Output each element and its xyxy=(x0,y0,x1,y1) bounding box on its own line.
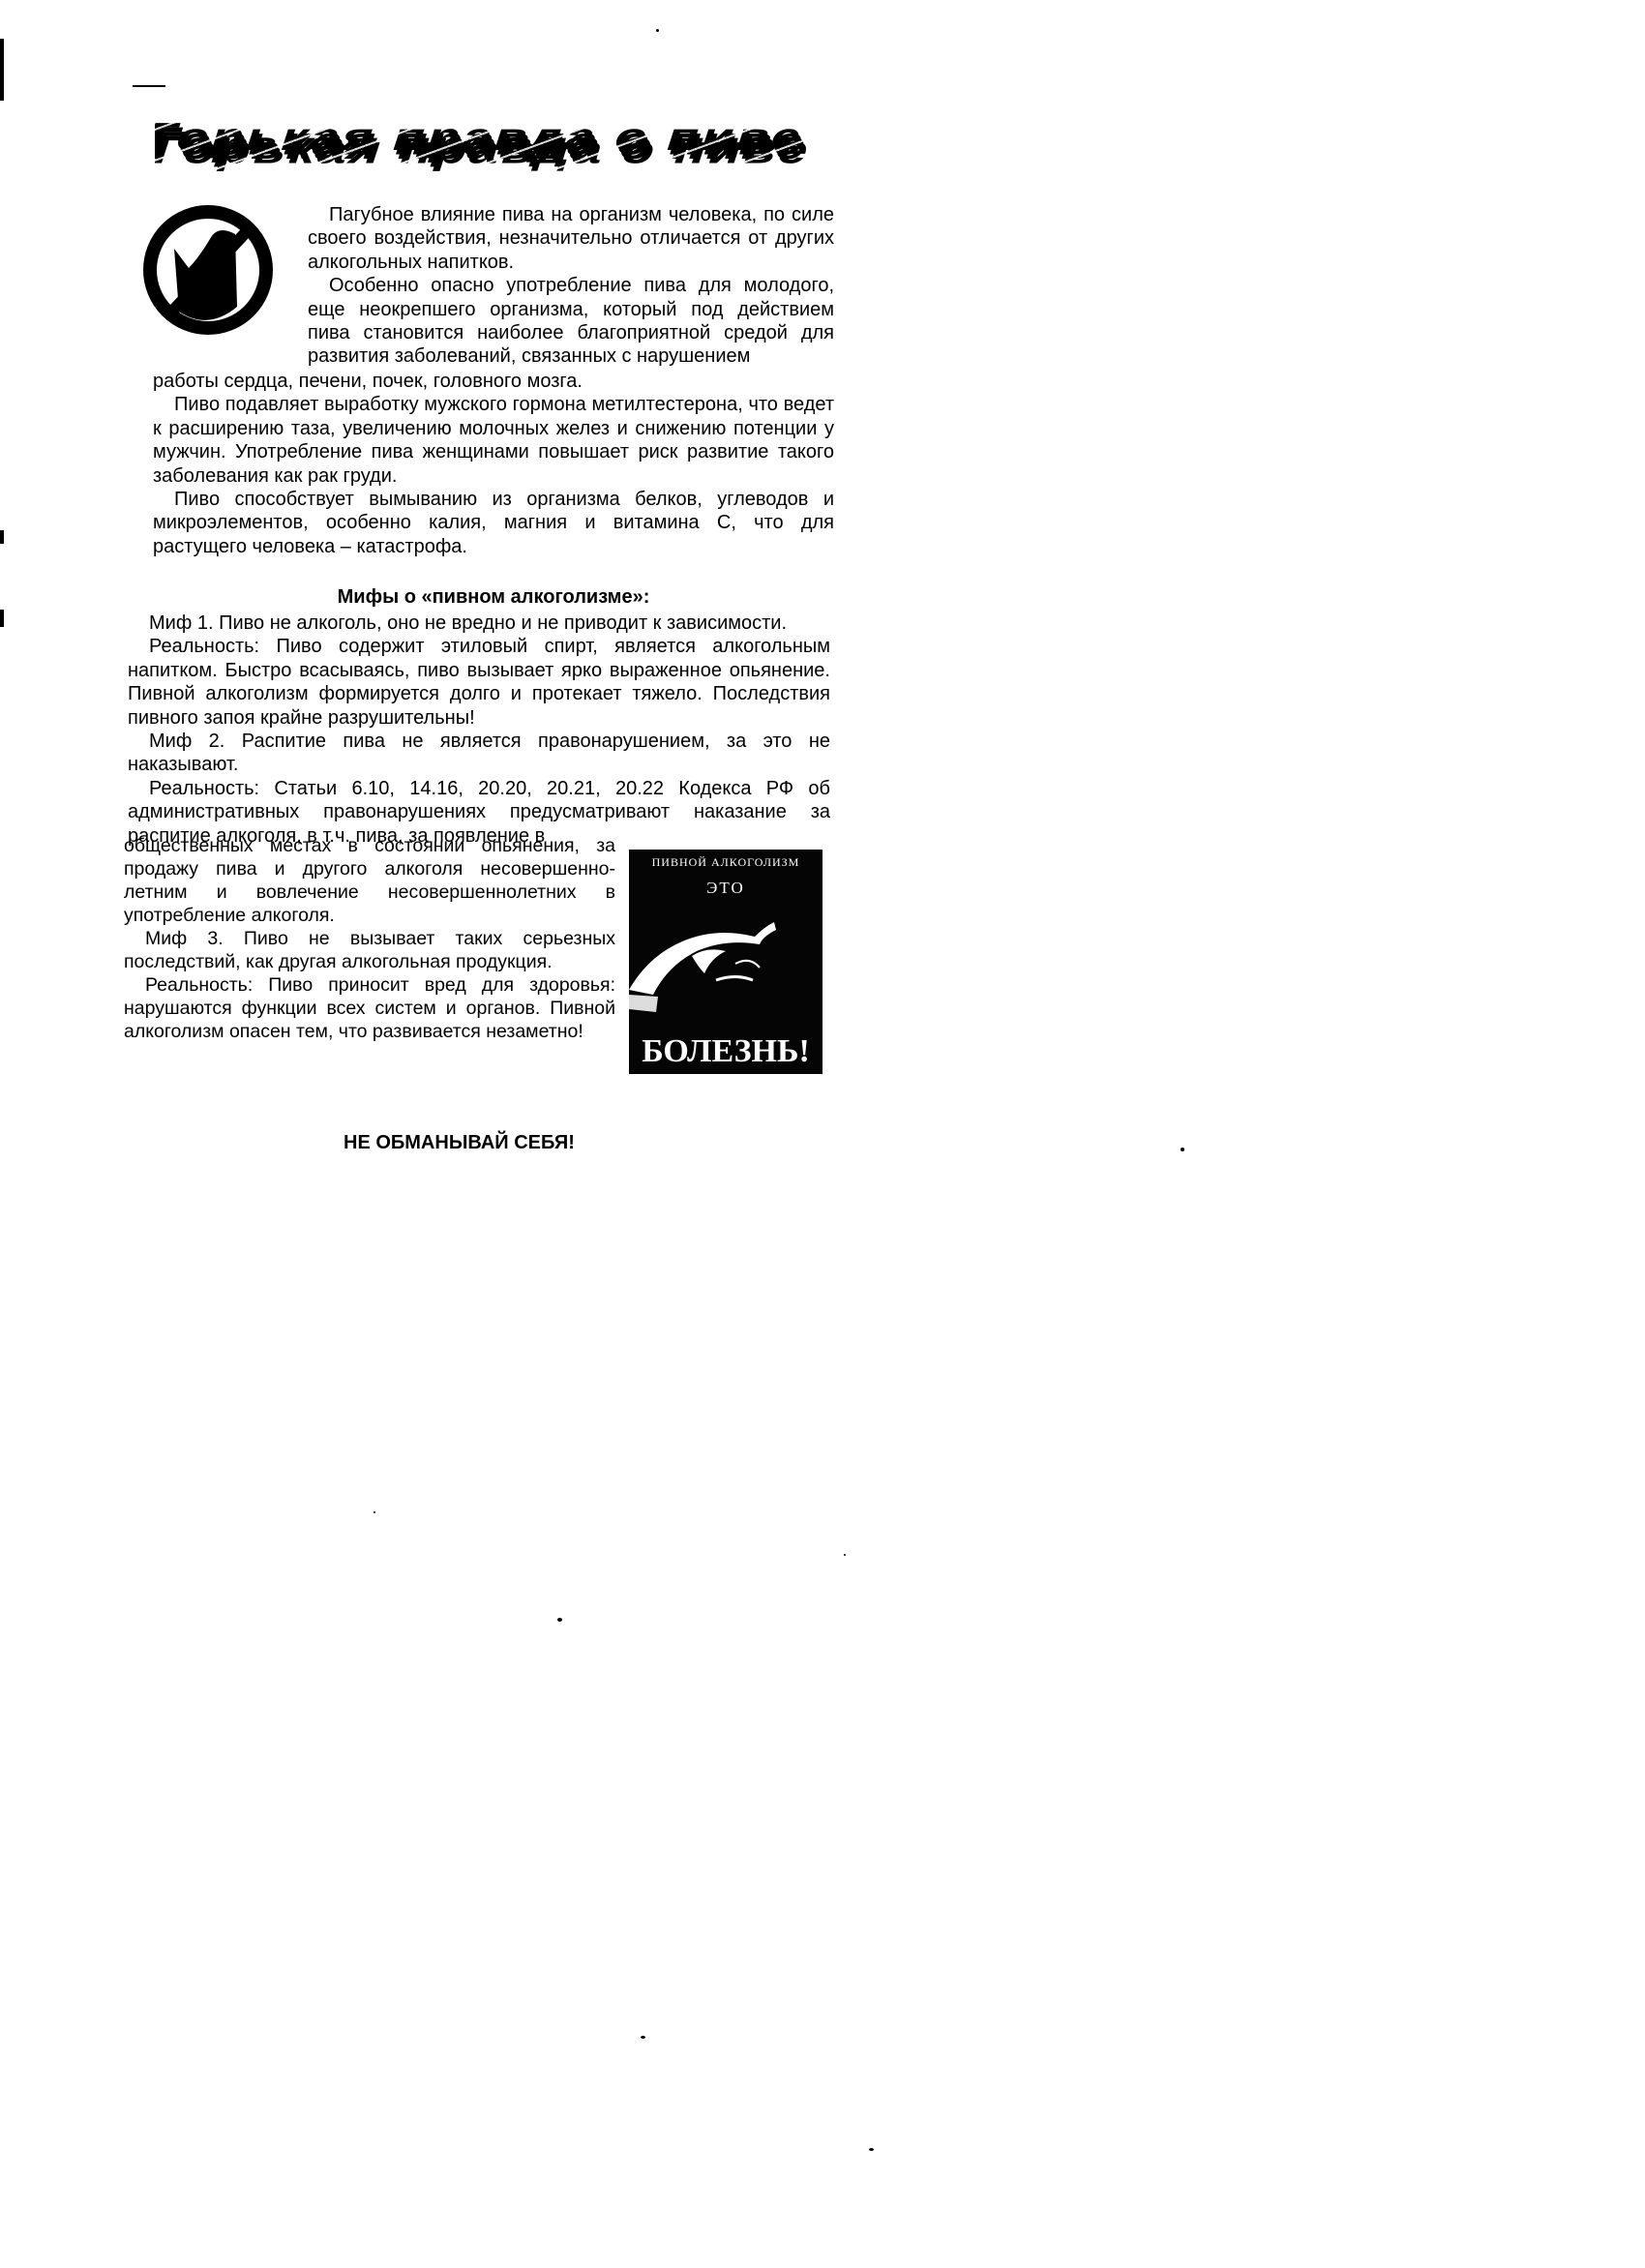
myths-text-block-narrow: общественных местах в состоянии опьянени… xyxy=(124,834,615,1043)
myths-heading: Мифы о «пивном алкоголизме»: xyxy=(155,586,832,609)
footer-slogan: НЕ ОБМАНЫВАЙ СЕБЯ! xyxy=(344,1132,575,1154)
scan-speck xyxy=(844,1554,846,1556)
scan-edge-mark xyxy=(0,530,4,544)
poster-figure-illustration xyxy=(629,898,822,1024)
intro-paragraph: Особенно опасно употребление пива для мо… xyxy=(308,274,834,369)
myth-statement: Миф 2. Распитие пива не является правона… xyxy=(128,730,830,777)
myth-reality-continued: общественных местах в состоянии опьянени… xyxy=(124,834,615,927)
myths-text-block: Миф 1. Пиво не алкоголь, оно не вредно и… xyxy=(128,612,830,848)
intro-paragraph: Пагубное влияние пива на организм челове… xyxy=(308,203,834,274)
intro-text-block: Пагубное влияние пива на организм челове… xyxy=(308,203,834,369)
scan-speck xyxy=(557,1618,562,1622)
banner-distortion xyxy=(155,114,847,194)
scan-edge-mark xyxy=(0,74,4,101)
banner-heading: Горькая правда о пиве xyxy=(155,114,847,194)
scan-edge-mark xyxy=(0,39,4,74)
poster-bottom-line: БОЛЕЗНЬ! xyxy=(629,1033,822,1070)
myth-reality: Реальность: Пиво приносит вред для здоро… xyxy=(124,973,615,1043)
intro-text-block-full: работы сердца, печени, почек, головного … xyxy=(153,370,834,558)
poster-middle-line: ЭТО xyxy=(629,879,822,898)
scan-speck xyxy=(1181,1148,1184,1151)
scan-speck xyxy=(641,2036,645,2039)
myth-statement: Миф 1. Пиво не алкоголь, оно не вредно и… xyxy=(128,612,830,635)
intro-paragraph: Пиво способствует вымыванию из организма… xyxy=(153,488,834,558)
intro-paragraph: Пиво подавляет выработку мужского гормон… xyxy=(153,393,834,488)
myth-statement: Миф 3. Пиво не вызывает таких серьезных … xyxy=(124,927,615,973)
intro-paragraph-continued: работы сердца, печени, почек, головного … xyxy=(153,370,834,393)
scan-speck xyxy=(869,2148,874,2151)
prohibition-sign-icon xyxy=(140,200,276,336)
scan-speck xyxy=(656,29,659,32)
scan-speck xyxy=(374,1511,375,1513)
scan-dash-mark xyxy=(133,85,165,87)
poster-image: ПИВНОЙ АЛКОГОЛИЗМ ЭТО БОЛЕЗНЬ! xyxy=(629,850,822,1074)
myth-reality: Реальность: Пиво содержит этиловый спирт… xyxy=(128,635,830,730)
poster-top-line: ПИВНОЙ АЛКОГОЛИЗМ xyxy=(629,855,822,870)
scan-edge-mark xyxy=(0,610,4,627)
